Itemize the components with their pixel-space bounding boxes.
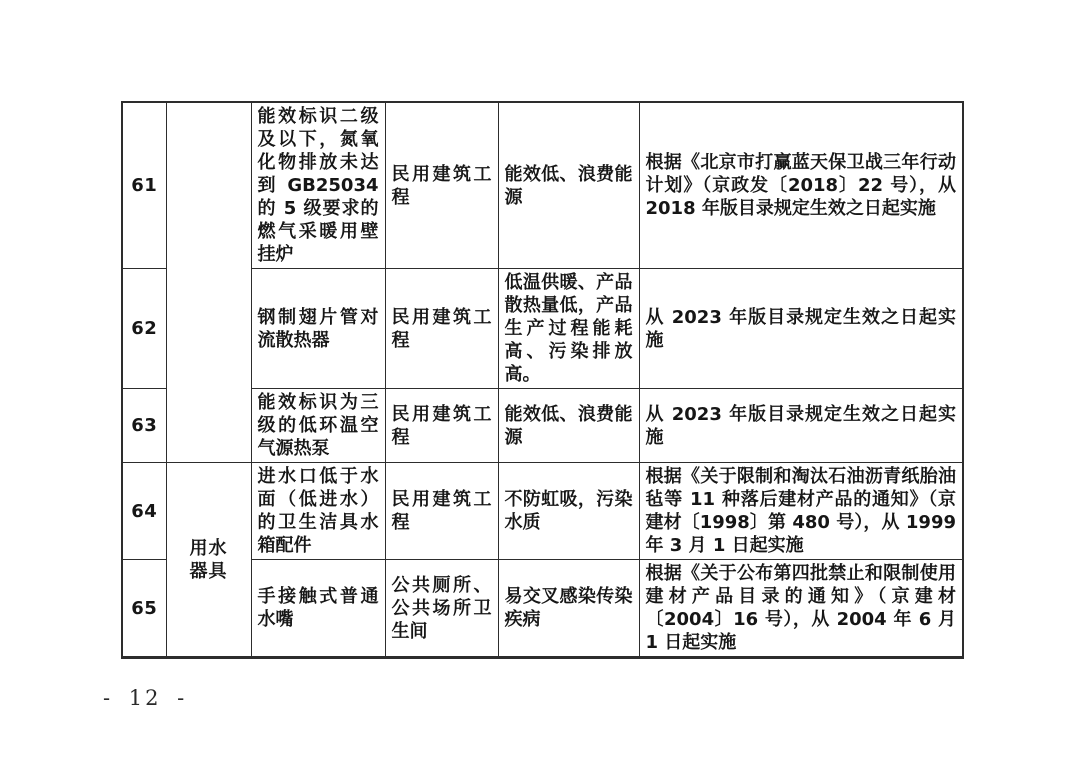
page-number: - 12 -	[103, 686, 187, 710]
scope-cell: 民用建筑工程	[385, 389, 498, 463]
product-text: 钢制翅片管对流散热器	[258, 306, 379, 352]
reason-cell: 低温供暖、产品散热量低，产品生产过程能耗高、污染排放高。	[498, 269, 639, 389]
scope-text: 民用建筑工程	[392, 306, 492, 352]
scope-text: 民用建筑工程	[392, 163, 492, 209]
reason-text: 低温供暖、产品散热量低，产品生产过程能耗高、污染排放高。	[505, 271, 633, 386]
eliminated-products-table: 61 能效标识二级及以下，氮氧化物排放未达到 GB25034 的 5 级要求的燃…	[121, 101, 964, 659]
product-text: 能效标识为三级的低环温空气源热泵	[258, 391, 379, 460]
category-cell-empty	[166, 102, 251, 463]
table-row: 61 能效标识二级及以下，氮氧化物排放未达到 GB25034 的 5 级要求的燃…	[122, 102, 963, 269]
table-row: 64 用水器具 进水口低于水面（低进水）的卫生洁具水箱配件 民用建筑工程 不防虹…	[122, 463, 963, 560]
scope-text: 民用建筑工程	[392, 403, 492, 449]
product-text: 能效标识二级及以下，氮氧化物排放未达到 GB25034 的 5 级要求的燃气采暖…	[258, 105, 379, 266]
reason-cell: 易交叉感染传染疾病	[498, 560, 639, 658]
document-page: 61 能效标识二级及以下，氮氧化物排放未达到 GB25034 的 5 级要求的燃…	[0, 0, 1080, 763]
scope-cell: 民用建筑工程	[385, 269, 498, 389]
product-cell: 手接触式普通水嘴	[251, 560, 385, 658]
basis-cell: 根据《关于公布第四批禁止和限制使用建材产品目录的通知》（京建材〔2004〕16 …	[639, 560, 963, 658]
basis-text: 根据《关于限制和淘汰石油沥青纸胎油毡等 11 种落后建材产品的通知》（京建材〔1…	[646, 465, 957, 557]
basis-cell: 根据《北京市打赢蓝天保卫战三年行动计划》（京政发〔2018〕22 号），从 20…	[639, 102, 963, 269]
reason-cell: 不防虹吸，污染水质	[498, 463, 639, 560]
reason-text: 能效低、浪费能源	[505, 403, 633, 449]
row-number-cell: 65	[122, 560, 166, 658]
product-text: 进水口低于水面（低进水）的卫生洁具水箱配件	[258, 465, 379, 557]
row-number-cell: 64	[122, 463, 166, 560]
scope-cell: 民用建筑工程	[385, 102, 498, 269]
product-cell: 能效标识二级及以下，氮氧化物排放未达到 GB25034 的 5 级要求的燃气采暖…	[251, 102, 385, 269]
basis-text: 根据《关于公布第四批禁止和限制使用建材产品目录的通知》（京建材〔2004〕16 …	[646, 562, 957, 654]
product-cell: 进水口低于水面（低进水）的卫生洁具水箱配件	[251, 463, 385, 560]
row-number-cell: 63	[122, 389, 166, 463]
reason-cell: 能效低、浪费能源	[498, 389, 639, 463]
product-text: 手接触式普通水嘴	[258, 585, 379, 631]
category-cell: 用水器具	[166, 463, 251, 658]
scope-text: 公共厕所、公共场所卫生间	[392, 574, 492, 643]
product-cell: 钢制翅片管对流散热器	[251, 269, 385, 389]
basis-cell: 根据《关于限制和淘汰石油沥青纸胎油毡等 11 种落后建材产品的通知》（京建材〔1…	[639, 463, 963, 560]
basis-text: 从 2023 年版目录规定生效之日起实施	[646, 403, 957, 449]
row-number-cell: 61	[122, 102, 166, 269]
reason-text: 不防虹吸，污染水质	[505, 488, 633, 534]
reason-text: 能效低、浪费能源	[505, 163, 633, 209]
reason-cell: 能效低、浪费能源	[498, 102, 639, 269]
basis-cell: 从 2023 年版目录规定生效之日起实施	[639, 389, 963, 463]
reason-text: 易交叉感染传染疾病	[505, 585, 633, 631]
basis-text: 根据《北京市打赢蓝天保卫战三年行动计划》（京政发〔2018〕22 号），从 20…	[646, 151, 957, 220]
row-number-cell: 62	[122, 269, 166, 389]
scope-cell: 民用建筑工程	[385, 463, 498, 560]
scope-cell: 公共厕所、公共场所卫生间	[385, 560, 498, 658]
basis-cell: 从 2023 年版目录规定生效之日起实施	[639, 269, 963, 389]
scope-text: 民用建筑工程	[392, 488, 492, 534]
product-cell: 能效标识为三级的低环温空气源热泵	[251, 389, 385, 463]
basis-text: 从 2023 年版目录规定生效之日起实施	[646, 306, 957, 352]
category-text: 用水器具	[188, 537, 230, 583]
